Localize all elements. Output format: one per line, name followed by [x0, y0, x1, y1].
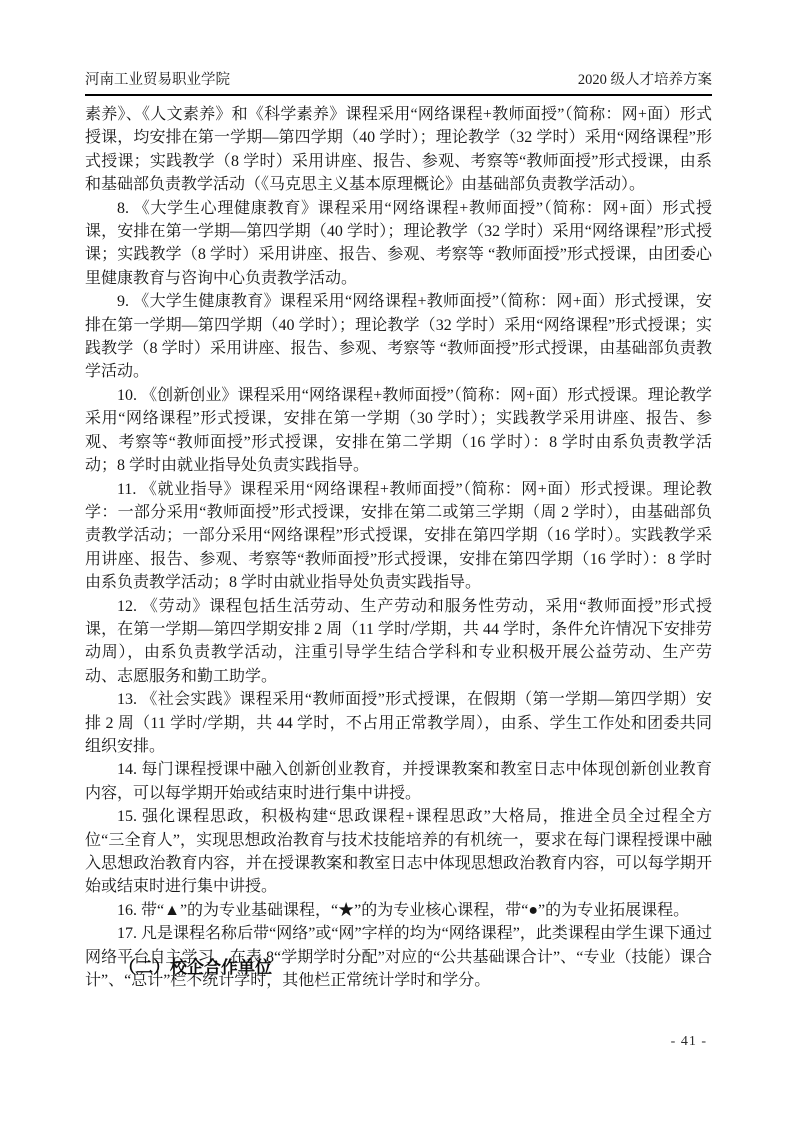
body-paragraph-item-13: 13. 《社会实践》课程采用“教师面授”形式授课，在假期（第一学期—第四学期）安…	[85, 688, 712, 758]
body-paragraph-item-8: 8. 《大学生心理健康教育》课程采用“网络课程+教师面授”（简称：网+面）形式授…	[85, 197, 712, 291]
body-paragraph-item-9: 9. 《大学生健康教育》课程采用“网络课程+教师面授”（简称：网+面）形式授课，…	[85, 290, 712, 384]
header-row: 河南工业贸易职业学院 2020 级人才培养方案	[85, 72, 712, 89]
body-paragraph-item-16: 16. 带“▲”的为专业基础课程，“★”的为专业核心课程，带“●”的为专业拓展课…	[85, 899, 712, 922]
header-doc-title: 2020 级人才培养方案	[578, 72, 712, 89]
body-paragraph-item-10: 10. 《创新创业》课程采用“网络课程+教师面授”（简称：网+面）形式授课。理论…	[85, 384, 712, 478]
body-paragraph-continuation: 素养》、《人文素养》和《科学素养》课程采用“网络课程+教师面授”（简称：网+面）…	[85, 103, 712, 197]
page-footer: - 41 -	[671, 1033, 707, 1051]
body-paragraph-item-14: 14. 每门课程授课中融入创新创业教育，并授课教案和教室日志中体现创新创业教育内…	[85, 758, 712, 805]
header-school-name: 河南工业贸易职业学院	[85, 72, 230, 89]
body-paragraph-item-15: 15. 强化课程思政，积极构建“思政课程+课程思政”大格局，推进全员全过程全方位…	[85, 805, 712, 899]
document-body: 素养》、《人文素养》和《科学素养》课程采用“网络课程+教师面授”（简称：网+面）…	[85, 103, 712, 992]
page-number: - 41 -	[671, 1034, 707, 1049]
page-header: 河南工业贸易职业学院 2020 级人才培养方案	[85, 72, 712, 96]
body-paragraph-item-11: 11. 《就业指导》课程采用“网络课程+教师面授”（简称：网+面）形式授课。理论…	[85, 478, 712, 595]
section-heading: （二）校企合作单位	[85, 955, 712, 981]
document-page: 河南工业贸易职业学院 2020 级人才培养方案 素养》、《人文素养》和《科学素养…	[0, 0, 793, 1122]
body-paragraph-item-12: 12. 《劳动》课程包括生活劳动、生产劳动和服务性劳动，采用“教师面授”形式授课…	[85, 595, 712, 689]
